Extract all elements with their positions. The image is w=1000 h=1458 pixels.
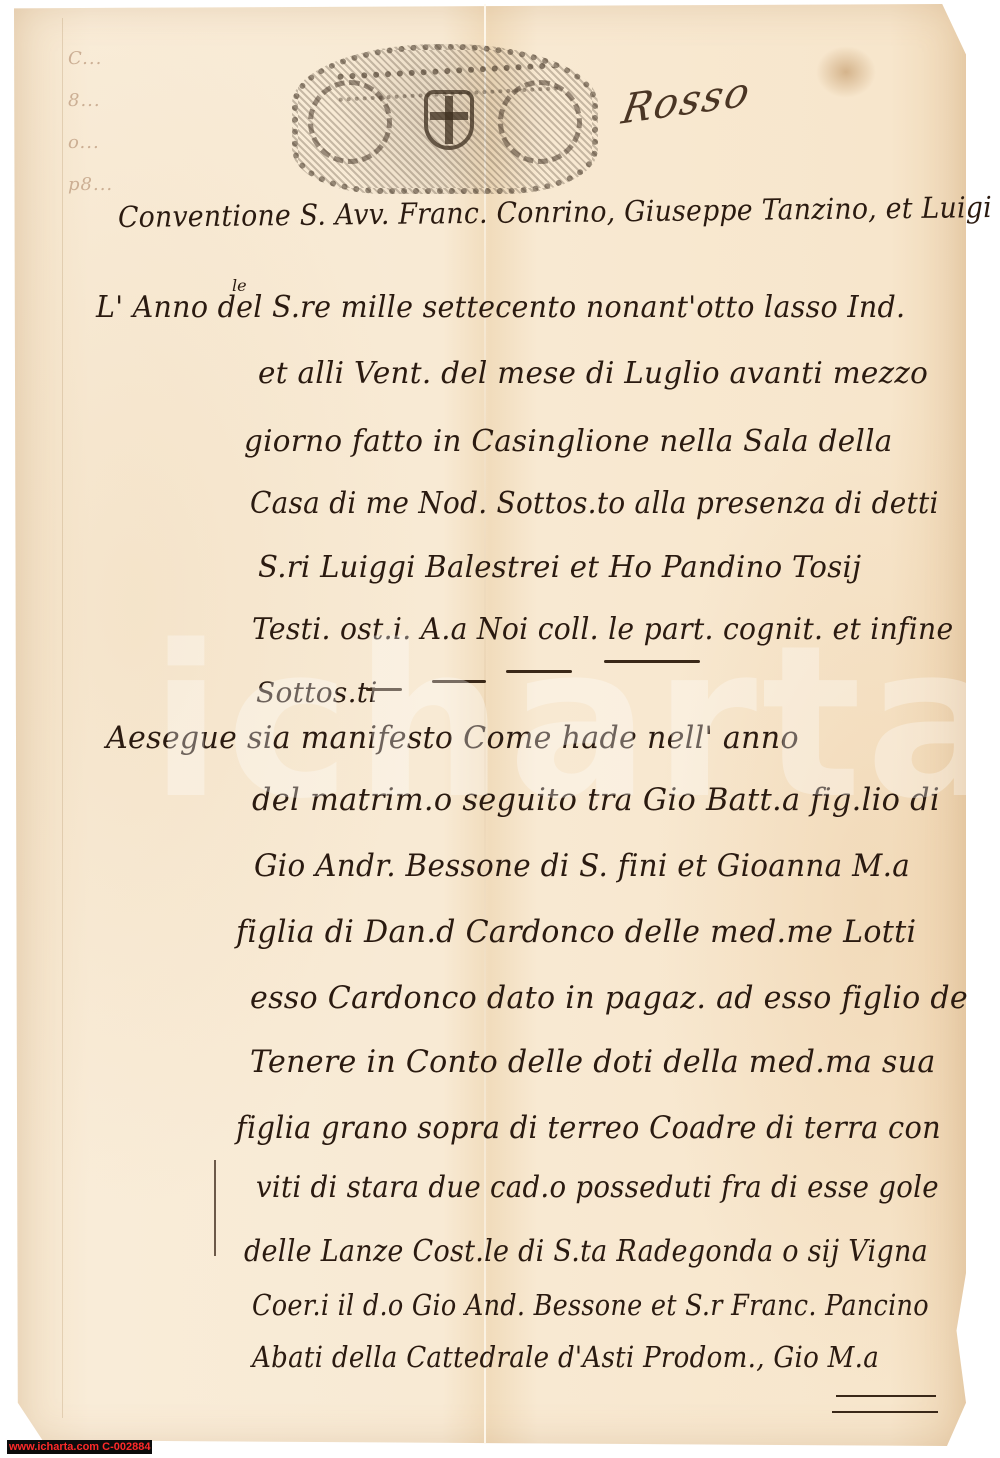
text-line: Casa di me Nod. Sottos.to alla presenza … [250, 486, 939, 521]
text-line: figlia grano sopra di terreo Coadre di t… [236, 1110, 941, 1146]
text-line: figlia di Dan.d Cardonco delle med.me Lo… [236, 914, 916, 950]
margin-note: C... [68, 48, 228, 90]
reference-label: www.icharta.com C-002884 [7, 1440, 152, 1454]
text-line: et alli Vent. del mese di Luglio avanti … [258, 356, 928, 391]
text-line: del matrim.o seguito tra Gio Batt.a fig.… [252, 782, 940, 818]
margin-note: 8... [68, 90, 228, 132]
text-line: Testi. ost.i. A.a Noi coll. le part. cog… [252, 612, 953, 647]
fill-dash [432, 680, 486, 683]
revenue-stamp [292, 44, 598, 194]
margin-bracket [214, 1160, 224, 1256]
text-line: esso Cardonco dato in pagaz. ad esso fig… [250, 980, 968, 1016]
text-line: Abati della Cattedrale d'Asti Prodom., G… [252, 1340, 879, 1374]
text-line: delle Lanze Cost.le di S.ta Radegonda o … [244, 1234, 928, 1269]
faded-margin-notes: C... 8... o... p8... [68, 48, 228, 216]
stamp-ornament-left [308, 80, 392, 164]
text-line: Aesegue sia manifesto Come hade nell' an… [106, 720, 799, 756]
stamp-ornament-right [498, 80, 582, 164]
cross-shield-icon [424, 90, 474, 150]
fill-dash [604, 660, 700, 663]
text-line: viti di stara due cad.o posseduti fra di… [256, 1170, 939, 1205]
text-line: Gio Andr. Bessone di S. fini et Gioanna … [254, 848, 910, 884]
fill-dash [506, 670, 572, 673]
text-line: Sottos.ti [256, 676, 378, 709]
closing-rule [836, 1395, 936, 1397]
document-scan: C... 8... o... p8... Rosso Conventione S… [0, 0, 1000, 1458]
text-line: Tenere in Conto delle doti della med.ma … [250, 1044, 936, 1080]
text-line: S.ri Luiggi Balestrei et Ho Pandino Tosi… [258, 550, 861, 585]
text-line: Coer.i il d.o Gio And. Bessone et S.r Fr… [252, 1288, 929, 1322]
margin-crease [62, 18, 63, 1418]
text-line: L' Anno del S.re mille settecento nonant… [96, 290, 905, 325]
closing-rule [832, 1411, 938, 1413]
margin-note: o... [68, 132, 228, 174]
fill-dash [366, 688, 402, 691]
text-line: giorno fatto in Casinglione nella Sala d… [244, 424, 893, 459]
